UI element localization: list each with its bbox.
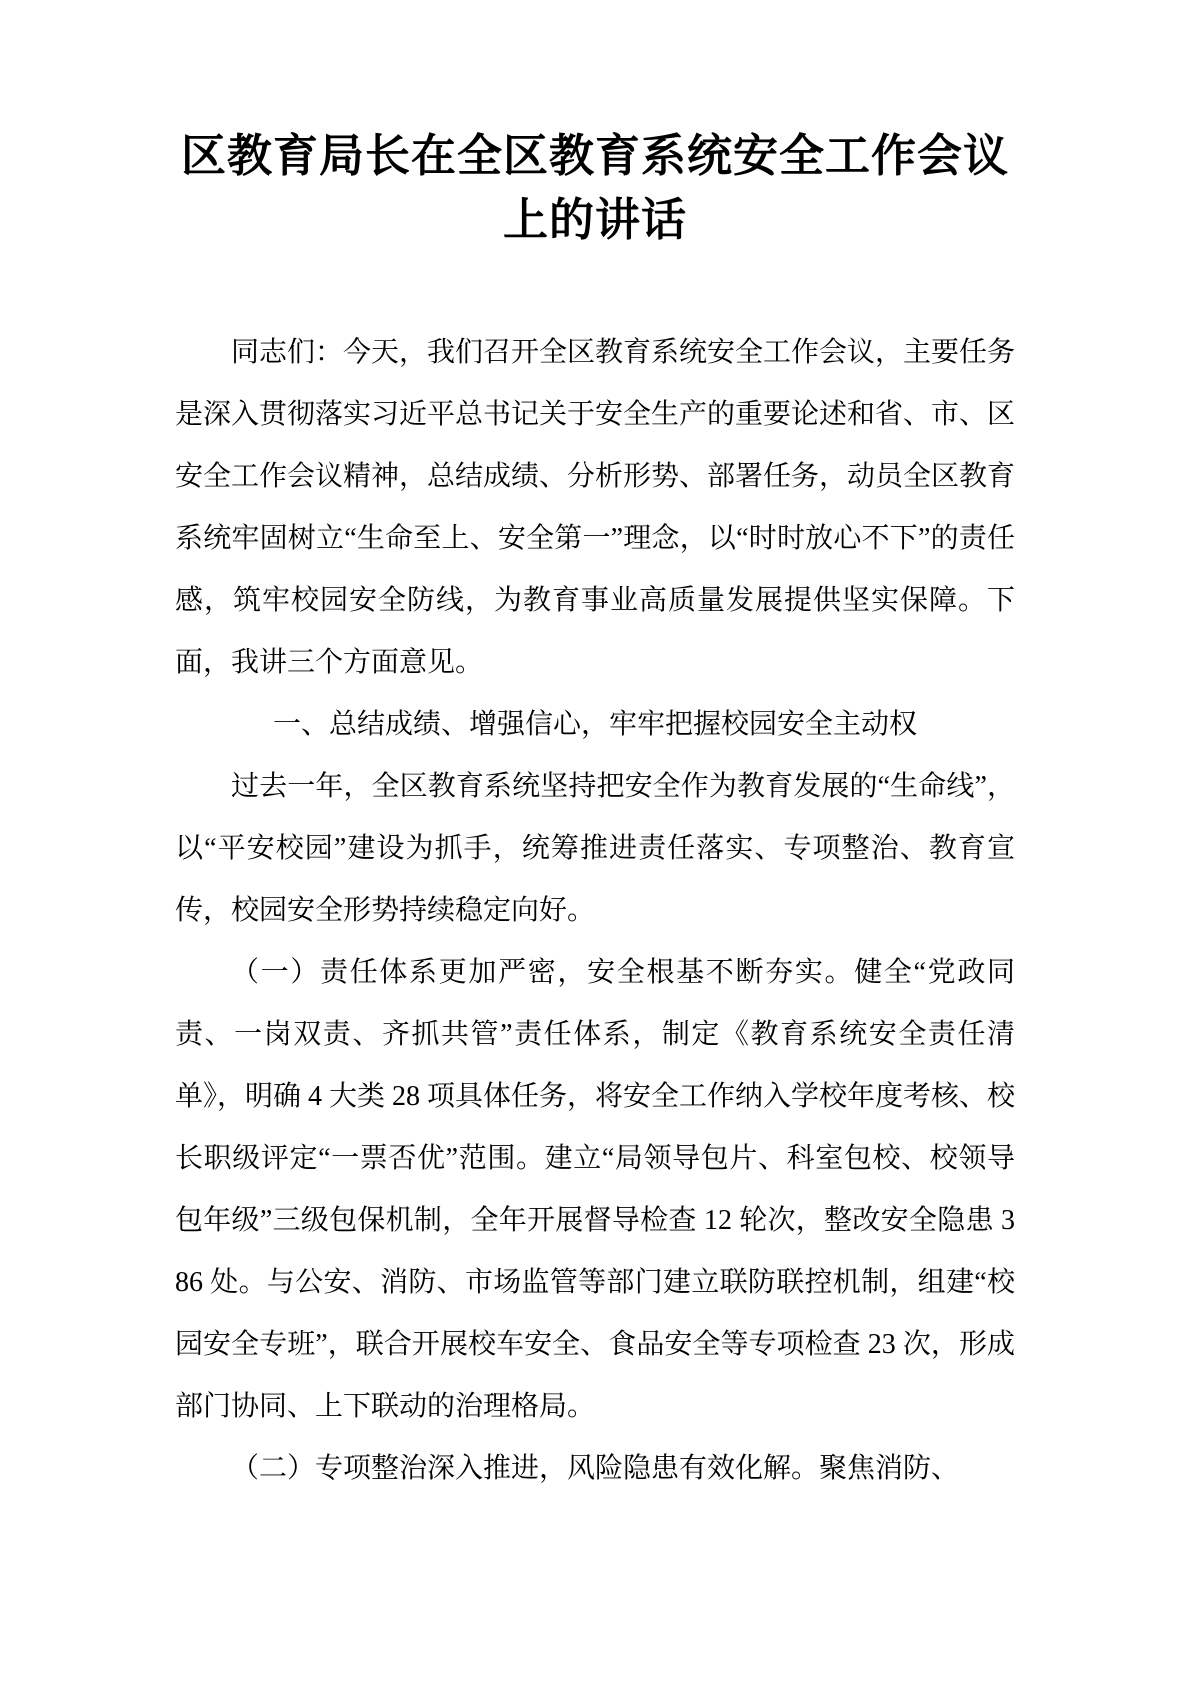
section-heading-1: 一、总结成绩、增强信心，牢牢把握校园安全主动权	[175, 694, 1015, 756]
paragraph-item-1: （一）责任体系更加严密，安全根基不断夯实。健全“党政同责、一岗双责、齐抓共管”责…	[175, 942, 1015, 1438]
paragraph-intro: 同志们：今天，我们召开全区教育系统安全工作会议，主要任务是深入贯彻落实习近平总书…	[175, 322, 1015, 694]
document-page: 区教育局长在全区教育系统安全工作会议上的讲话 同志们：今天，我们召开全区教育系统…	[0, 0, 1190, 1683]
paragraph-item-2: （二）专项整治深入推进，风险隐患有效化解。聚焦消防、	[175, 1438, 1015, 1500]
paragraph-overview: 过去一年，全区教育系统坚持把安全作为教育发展的“生命线”，以“平安校园”建设为抓…	[175, 756, 1015, 942]
document-title: 区教育局长在全区教育系统安全工作会议上的讲话	[175, 124, 1015, 252]
